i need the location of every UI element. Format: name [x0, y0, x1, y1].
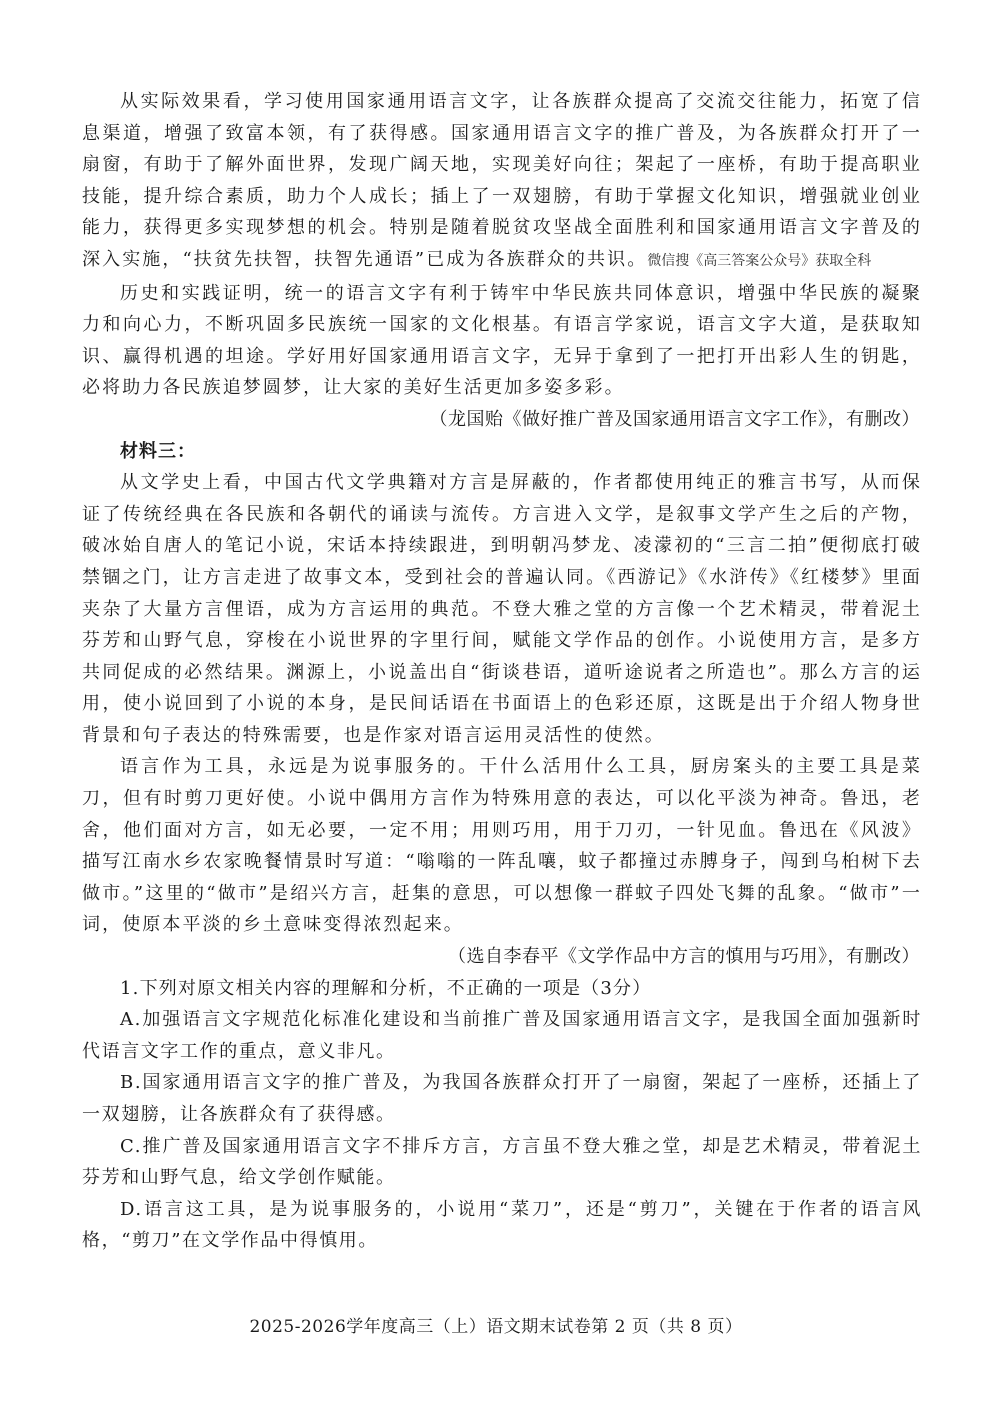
question-1-option-b: B.国家通用语言文字的推广普及，为我国各族群众打开了一扇窗，架起了一座桥，还插上…: [82, 1067, 922, 1130]
material-3-heading: 材料三：: [82, 436, 922, 468]
material-3: 材料三： 从文学史上看，中国古代文学典籍对方言是屏蔽的，作者都使用纯正的雅言书写…: [82, 436, 922, 973]
material-2-source-citation: （龙国贻《做好推广普及国家通用语言文字工作》，有删改）: [82, 404, 922, 436]
question-1-option-d: D.语言这工具，是为说事服务的，小说用“菜刀”，还是“剪刀”，关键在于作者的语言…: [82, 1194, 922, 1257]
paragraph-text: 从实际效果看，学习使用国家通用语言文字，让各族群众提高了交流交往能力，拓宽了信息…: [82, 91, 922, 270]
material-3-paragraph-2: 语言作为工具，永远是为说事服务的。干什么活用什么工具，厨房案头的主要工具是菜刀，…: [82, 751, 922, 941]
material-3-paragraph-1: 从文学史上看，中国古代文学典籍对方言是屏蔽的，作者都使用纯正的雅言书写，从而保证…: [82, 467, 922, 751]
material-2-paragraph-1: 从实际效果看，学习使用国家通用语言文字，让各族群众提高了交流交往能力，拓宽了信息…: [82, 86, 922, 278]
question-1-option-c: C.推广普及国家通用语言文字不排斥方言，方言虽不登大雅之堂，却是艺术精灵，带着泥…: [82, 1131, 922, 1194]
page-footer: 2025-2026学年度高三（上）语文期末试卷第 2 页（共 8 页）: [0, 1312, 992, 1337]
question-1: 1.下列对原文相关内容的理解和分析，不正确的一项是（3分） A.加强语言文字规范…: [82, 973, 922, 1257]
material-2-paragraph-2: 历史和实践证明，统一的语言文字有利于铸牢中华民族共同体意识，增强中华民族的凝聚力…: [82, 278, 922, 404]
material-3-source-citation: （选自李春平《文学作品中方言的慎用与巧用》，有删改）: [82, 941, 922, 973]
material-2-continued: 从实际效果看，学习使用国家通用语言文字，让各族群众提高了交流交往能力，拓宽了信息…: [82, 86, 922, 436]
question-1-option-a: A.加强语言文字规范化标准化建设和当前推广普及国家通用语言文字，是我国全面加强新…: [82, 1004, 922, 1067]
question-1-stem: 1.下列对原文相关内容的理解和分析，不正确的一项是（3分）: [82, 973, 922, 1005]
exam-page-body: 从实际效果看，学习使用国家通用语言文字，让各族群众提高了交流交往能力，拓宽了信息…: [82, 86, 922, 1257]
watermark-note: 微信搜《高三答案公众号》获取全科: [647, 253, 871, 269]
